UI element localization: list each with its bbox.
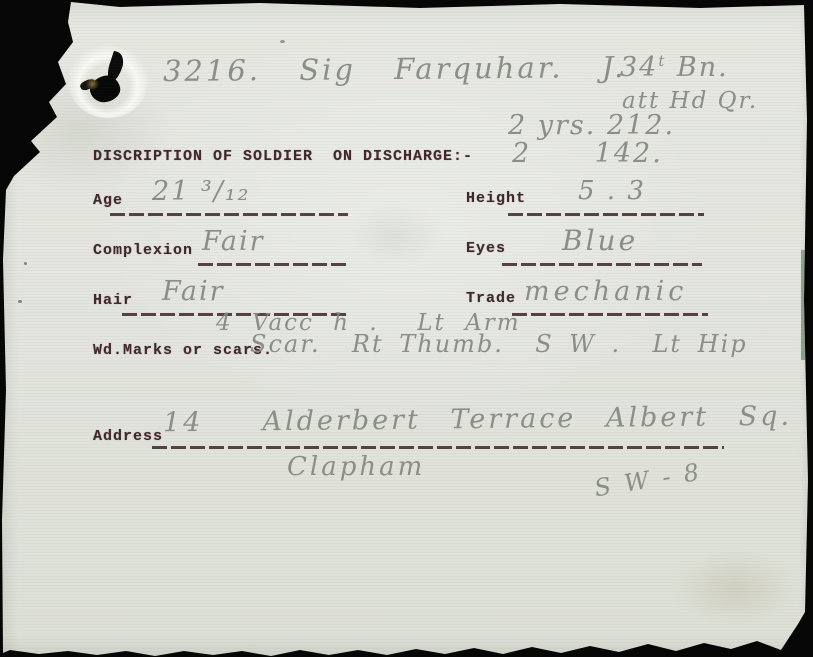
unit-number: 34 bbox=[620, 52, 658, 83]
address-label: Address bbox=[93, 428, 163, 445]
tally-line-1: 2 yrs. 212. bbox=[508, 110, 675, 141]
complexion-underline bbox=[198, 263, 350, 266]
wounds-value: Scar. Rt Thumb. S W . Lt Hip bbox=[250, 330, 748, 358]
paper-speck bbox=[18, 300, 22, 303]
address-line-1: 14 Alderbert Terrace Albert Sq. bbox=[163, 401, 792, 439]
form-title: DISCRIPTION OF SOLDIER ON DISCHARGE:- bbox=[93, 148, 473, 165]
paper-sheet: 3216. Sig Farquhar. J. 34t Bn. att Hd Qr… bbox=[0, 0, 813, 657]
address-line-2: Clapham bbox=[287, 452, 425, 482]
unit-annotation: 34t Bn. bbox=[620, 52, 729, 83]
tally-line-2: 2 142. bbox=[512, 138, 663, 169]
trade-underline bbox=[512, 313, 708, 316]
hair-label: Hair bbox=[93, 292, 133, 309]
address-line-3: S W - 8 bbox=[592, 458, 703, 503]
complexion-value: Fair bbox=[202, 226, 265, 257]
age-label: Age bbox=[93, 192, 123, 209]
eyes-value: Blue bbox=[562, 224, 638, 257]
scan-edge-artifact bbox=[801, 250, 805, 360]
trade-label: Trade bbox=[466, 290, 516, 307]
complexion-label: Complexion bbox=[93, 242, 193, 259]
soldier-id-annotation: 3216. Sig Farquhar. J. bbox=[163, 50, 627, 88]
age-underline bbox=[110, 213, 348, 216]
address-underline bbox=[152, 446, 724, 449]
eyes-underline bbox=[502, 263, 702, 266]
eyes-label: Eyes bbox=[466, 240, 506, 257]
paper-speck bbox=[280, 40, 285, 43]
age-value: 21 ³/₁₂ bbox=[152, 176, 251, 207]
height-label: Height bbox=[466, 190, 526, 207]
paper-speck bbox=[24, 262, 27, 265]
punch-hole bbox=[76, 54, 140, 110]
height-underline bbox=[508, 213, 704, 216]
scanned-document: 3216. Sig Farquhar. J. 34t Bn. att Hd Qr… bbox=[0, 0, 813, 657]
unit-suffix: Bn. bbox=[666, 52, 728, 83]
hair-value: Fair bbox=[162, 276, 225, 307]
height-value: 5 . 3 bbox=[578, 176, 646, 206]
rust-stain bbox=[86, 78, 99, 90]
wounds-label: Wd.Marks or scars. bbox=[93, 342, 273, 359]
trade-value: mechanic bbox=[524, 276, 687, 307]
